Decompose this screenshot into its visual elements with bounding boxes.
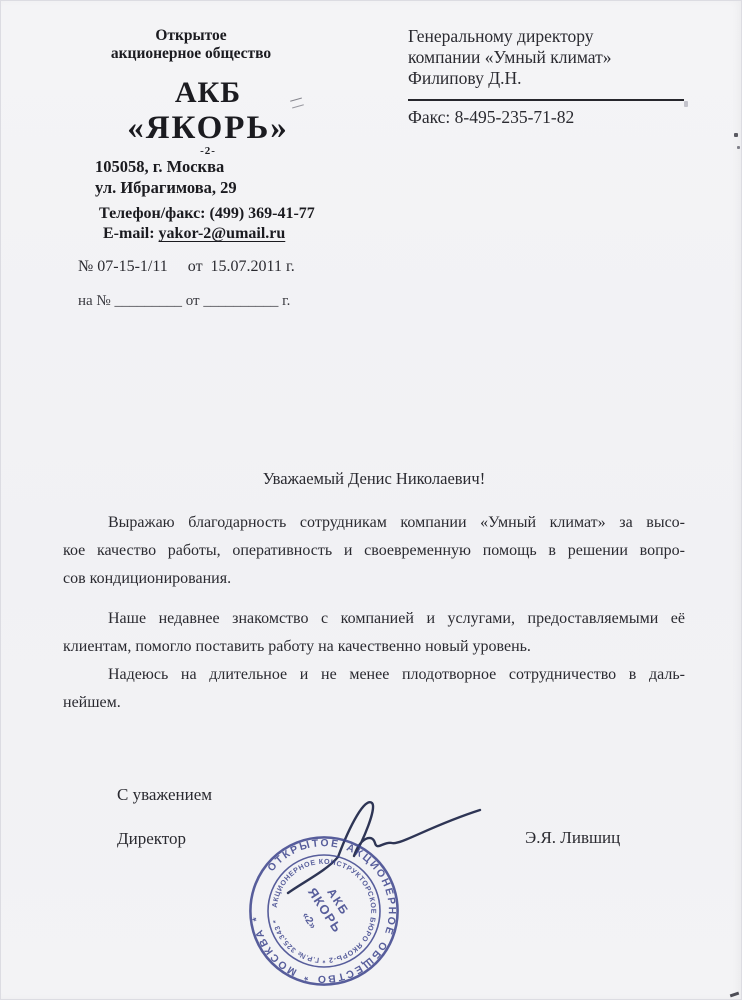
scan-speck [730, 992, 739, 998]
company-round-stamp: ОТКРЫТОЕ АКЦИОНЕРНОЕ ОБЩЕСТВО * МОСКВА *… [244, 831, 404, 991]
email-line: E-mail: yakor-2@umail.ru [103, 225, 285, 243]
org-type-line1: Открытое [76, 27, 306, 45]
outgoing-ref-number: № 07-15-1/11 от 15.07.2011 г. [78, 258, 295, 276]
stamp-center-line3: «2» [299, 911, 318, 932]
stamp-center-text: АКБ ЯКОРЬ «2» [290, 877, 358, 945]
recipient-block: Генеральному директору компании «Умный к… [408, 26, 612, 89]
recipient-company: компании «Умный климат» [408, 47, 612, 68]
paragraph-line: нейшем. [63, 689, 685, 717]
recipient-fax: Факс: 8-495-235-71-82 [408, 107, 574, 128]
recipient-divider-line [408, 99, 684, 101]
paragraph: Выражаю благодарность сотрудникам компан… [63, 509, 685, 593]
email-label: E-mail: [103, 225, 159, 242]
address-postcode-city: 105058, г. Москва [95, 157, 224, 177]
salutation: Уважаемый Денис Николаевич! [63, 469, 685, 489]
paragraph-line: клиентам, помогло поставить работу на ка… [63, 633, 685, 661]
paragraph-line: кое качество работы, оперативность и сво… [63, 537, 685, 565]
paragraph-line: Наше недавнее знакомство с компанией и у… [63, 605, 685, 633]
branch-number: -2- [88, 145, 328, 157]
recipient-title: Генеральному директору [408, 26, 612, 47]
incoming-ref-blank: на № _________ от __________ г. [78, 293, 290, 310]
company-name-yakor: «ЯКОРЬ» [88, 110, 328, 147]
signer-name: Э.Я. Лившиц [525, 828, 620, 848]
paragraph-line: сов кондиционирования. [63, 565, 685, 593]
email-address: yakor-2@umail.ru [159, 225, 286, 242]
closing-regards: С уважением [117, 785, 212, 805]
recipient-person: Филипову Д.Н. [408, 68, 612, 89]
org-type-line2: акционерное общество [76, 45, 306, 63]
scan-speck [684, 101, 688, 107]
signer-position: Директор [117, 829, 186, 849]
paragraph-line: Надеюсь на длительное и не менее плодотв… [63, 661, 685, 689]
letter-page: Открытое акционерное общество АКБ «ЯКОРЬ… [0, 0, 742, 1000]
phone-fax-line: Телефон/факс: (499) 369-41-77 [99, 205, 315, 223]
paragraph: Наше недавнее знакомство с компанией и у… [63, 605, 685, 661]
body-paragraphs: Выражаю благодарность сотрудникам компан… [63, 509, 685, 717]
paragraph-line: Выражаю благодарность сотрудникам компан… [63, 509, 685, 537]
paragraph: Надеюсь на длительное и не менее плодотв… [63, 661, 685, 717]
scan-speck [734, 133, 738, 137]
address-street: ул. Ибрагимова, 29 [95, 178, 237, 198]
scan-speck [737, 146, 740, 149]
